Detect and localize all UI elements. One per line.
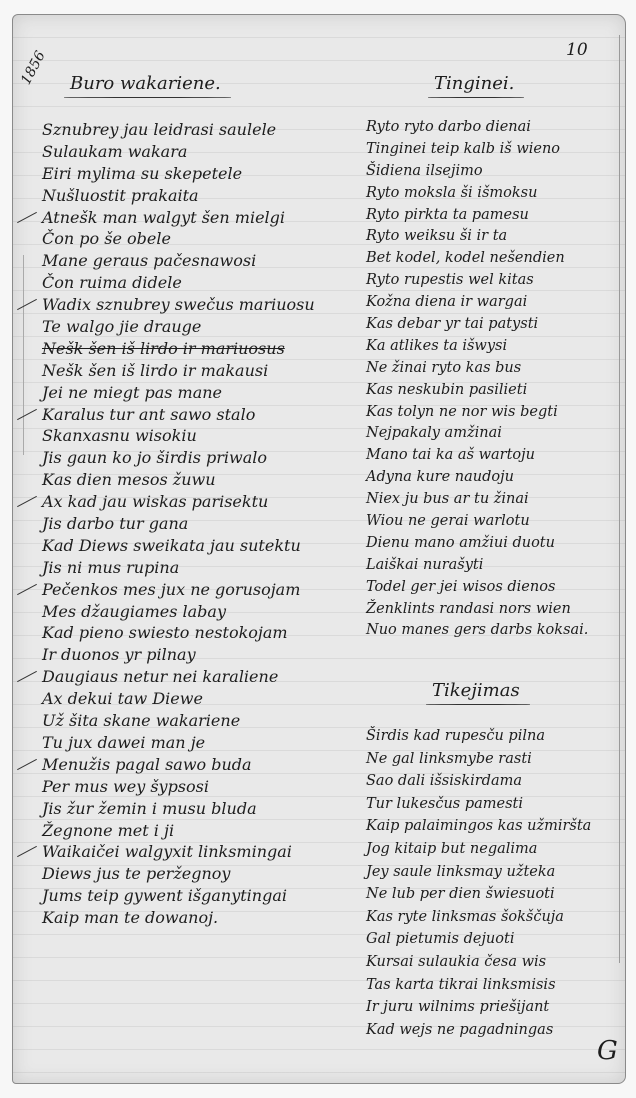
poem-line-text: Nušluostit prakaita — [42, 186, 199, 205]
poem-line: Tinginei teip kalb iš wieno — [366, 139, 588, 161]
left-margin-line — [23, 255, 24, 455]
poem-line-text: Kad pieno swiesto nestokojam — [42, 623, 288, 642]
poem-line-text: Čon ruima didele — [42, 273, 182, 292]
poem-line: Sznubrey jau leidrasi saulele — [42, 119, 315, 141]
poem-title-tinginei: Tinginei. — [434, 73, 514, 94]
poem-line: Nešk šen iš lirdo ir makausi — [42, 360, 315, 382]
poem-line: Sao dali išsiskirdama — [366, 770, 591, 793]
poem-line: Ax kad jau wiskas parisektu — [42, 491, 315, 513]
poem-line: Atnešk man walgyt šen mielgi — [42, 207, 315, 229]
poem-line: Kaip man te dowanoj. — [42, 907, 315, 929]
poem-line-text: Te walgo jie drauge — [42, 317, 201, 336]
poem-line: Ka atlikes ta išwysi — [366, 336, 588, 358]
poem-line: Menužis pagal sawo buda — [42, 754, 315, 776]
poem-line-text: Jis gaun ko jo širdis priwalo — [42, 448, 267, 467]
poem-line-text: Ax dekui taw Diewe — [42, 689, 203, 708]
poem-line-text: Čon po še obele — [42, 229, 171, 248]
poem-line: Ryto rupestis wel kitas — [366, 270, 588, 292]
poem-line: Šidiena ilsejimo — [366, 161, 588, 183]
poem-right-lines: Ryto ryto darbo dienaiTinginei teip kalb… — [366, 117, 588, 642]
poem-line: Ryto moksla ši išmoksu — [366, 183, 588, 205]
poem-line: Niex ju bus ar tu žinai — [366, 489, 588, 511]
page-number: 10 — [566, 40, 588, 60]
poem-line: Kursai sulaukia česa wis — [366, 951, 591, 974]
poem-line: Kas ryte linksmas šokščuja — [366, 906, 591, 929]
poem-line: Jis žur žemin i musu bluda — [42, 798, 315, 820]
poem-line: Te walgo jie drauge — [42, 316, 315, 338]
poem-line-text: Kaip man te dowanoj. — [42, 908, 218, 927]
poem-line: Laiškai nurašyti — [366, 555, 588, 577]
poem-line: Mano tai ka aš wartoju — [366, 445, 588, 467]
poem-line-text: Mes džaugiames labay — [42, 602, 226, 621]
poem-line: Nejpakaly amžinai — [366, 423, 588, 445]
poem-line-text: Menužis pagal sawo buda — [42, 755, 252, 774]
poem-line-text: Jis ni mus rupina — [42, 558, 179, 577]
poem-line: Sulaukam wakara — [42, 141, 315, 163]
poem-line: Pečenkos mes jux ne gorusojam — [42, 579, 315, 601]
poem-line: Žegnone met i ji — [42, 820, 315, 842]
poem-line: Karalus tur ant sawo stalo — [42, 404, 315, 426]
poem-line-text: Žegnone met i ji — [42, 821, 174, 840]
poem-line: Tas karta tikrai linksmisis — [366, 974, 591, 997]
poem-line: Kad wejs ne pagadningas — [366, 1019, 591, 1042]
poem-line: Jis ni mus rupina — [42, 557, 315, 579]
poem-line: Kas neskubin pasilieti — [366, 380, 588, 402]
poem-line: Ne gal linksmybe rasti — [366, 748, 591, 771]
poem-line: Čon po še obele — [42, 228, 315, 250]
poem-line: Ir duonos yr pilnay — [42, 644, 315, 666]
poem-left-lines: Sznubrey jau leidrasi sauleleSulaukam wa… — [42, 119, 315, 929]
poem-line-text: Kas dien mesos žuwu — [42, 470, 216, 489]
poem-line: Per mus wey šypsosi — [42, 776, 315, 798]
poem-line: Kas dien mesos žuwu — [42, 469, 315, 491]
poem-line: Todel ger jei wisos dienos — [366, 577, 588, 599]
poem-line: Jis gaun ko jo širdis priwalo — [42, 447, 315, 469]
poem-line-text: Jums teip gywent išganytingai — [42, 886, 287, 905]
poem-line: Ryto weiksu ši ir ta — [366, 226, 588, 248]
poem-line: Tu jux dawei man je — [42, 732, 315, 754]
poem-line: Mes džaugiames labay — [42, 601, 315, 623]
poem-line: Wadix sznubrey swečus mariuosu — [42, 294, 315, 316]
poem-line-text: Už šita skane wakariene — [42, 711, 240, 730]
poem-line: Daugiaus netur nei karaliene — [42, 666, 315, 688]
poem-line: Kas tolyn ne nor wis begti — [366, 402, 588, 424]
poem-line: Kaip palaimingos kas užmiršta — [366, 815, 591, 838]
poem-line: Kad Diews sweikata jau sutektu — [42, 535, 315, 557]
poem-line: Čon ruima didele — [42, 272, 315, 294]
poem-line-text: Jei ne miegt pas mane — [42, 383, 222, 402]
poem-line: Nešk šen iš lirdo ir mariuosus — [42, 338, 315, 360]
poem-line: Eiri mylima su skepetele — [42, 163, 315, 185]
poem-line-text: Jis darbo tur gana — [42, 514, 188, 533]
poem-line: Jey saule linksmay užteka — [366, 861, 591, 884]
poem-line-text: Tu jux dawei man je — [42, 733, 205, 752]
poem-line: Skanxasnu wisokiu — [42, 425, 315, 447]
poem-line: Ne žinai ryto kas bus — [366, 358, 588, 380]
poem-line: Širdis kad rupesču pilna — [366, 725, 591, 748]
poem-line: Gal pietumis dejuoti — [366, 928, 591, 951]
poem-line: Dienu mano amžiui duotu — [366, 533, 588, 555]
signature-mark: G — [597, 1036, 618, 1066]
poem-line: Už šita skane wakariene — [42, 710, 315, 732]
poem-line: Jums teip gywent išganytingai — [42, 885, 315, 907]
poem-line: Jis darbo tur gana — [42, 513, 315, 535]
poem-line: Waikaičei walgyxit linksmingai — [42, 841, 315, 863]
poem-line: Ryto ryto darbo dienai — [366, 117, 588, 139]
poem-line-text: Karalus tur ant sawo stalo — [42, 405, 255, 424]
poem-line: Ne lub per dien šwiesuoti — [366, 883, 591, 906]
poem-line: Kožna diena ir wargai — [366, 292, 588, 314]
poem-line-text: Waikaičei walgyxit linksmingai — [42, 842, 292, 861]
poem-line: Adyna kure naudoju — [366, 467, 588, 489]
poem-line: Kad pieno swiesto nestokojam — [42, 622, 315, 644]
poem-line-text: Pečenkos mes jux ne gorusojam — [42, 580, 300, 599]
poem-line: Nušluostit prakaita — [42, 185, 315, 207]
poem-right2-lines: Širdis kad rupesču pilnaNe gal linksmybe… — [366, 725, 591, 1041]
poem-line: Mane geraus pačesnawosi — [42, 250, 315, 272]
poem-line-text: Per mus wey šypsosi — [42, 777, 209, 796]
poem-line: Diews jus te peržegnoy — [42, 863, 315, 885]
poem-line: Jei ne miegt pas mane — [42, 382, 315, 404]
poem-line: Ir juru wilnims priešijant — [366, 996, 591, 1019]
poem-line: Jog kitaip but negalima — [366, 838, 591, 861]
poem-line-text: Atnešk man walgyt šen mielgi — [42, 208, 285, 227]
poem-line-text: Diews jus te peržegnoy — [42, 864, 230, 883]
poem-line-text: Eiri mylima su skepetele — [42, 164, 242, 183]
poem-line-text: Nešk šen iš lirdo ir makausi — [42, 361, 268, 380]
poem-line-text: Sulaukam wakara — [42, 142, 187, 161]
poem-title-buro-wakariene: Buro wakariene. — [70, 73, 221, 94]
poem-line: Kas debar yr tai patysti — [366, 314, 588, 336]
poem-line-text: Skanxasnu wisokiu — [42, 426, 197, 445]
poem-line: Tur lukesčus pamesti — [366, 793, 591, 816]
poem-line: Ax dekui taw Diewe — [42, 688, 315, 710]
poem-line: Wiou ne gerai warlotu — [366, 511, 588, 533]
poem-line-text: Wadix sznubrey swečus mariuosu — [42, 295, 315, 314]
poem-line: Nuo manes gers darbs koksai. — [366, 620, 588, 642]
margin-rule — [619, 35, 620, 963]
poem-line: Bet kodel, kodel nešendien — [366, 248, 588, 270]
poem-line: Ženklints randasi nors wien — [366, 599, 588, 621]
poem-line-text: Daugiaus netur nei karaliene — [42, 667, 278, 686]
poem-line-text: Sznubrey jau leidrasi saulele — [42, 120, 276, 139]
poem-line: Ryto pirkta ta pamesu — [366, 205, 588, 227]
poem-line-text: Ax kad jau wiskas parisektu — [42, 492, 268, 511]
poem-line-text: Mane geraus pačesnawosi — [42, 251, 256, 270]
poem-line-text: Nešk šen iš lirdo ir mariuosus — [42, 339, 285, 358]
poem-title-tikejimas: Tikejimas — [432, 680, 520, 701]
poem-line-text: Jis žur žemin i musu bluda — [42, 799, 257, 818]
poem-line-text: Kad Diews sweikata jau sutektu — [42, 536, 301, 555]
poem-line-text: Ir duonos yr pilnay — [42, 645, 196, 664]
